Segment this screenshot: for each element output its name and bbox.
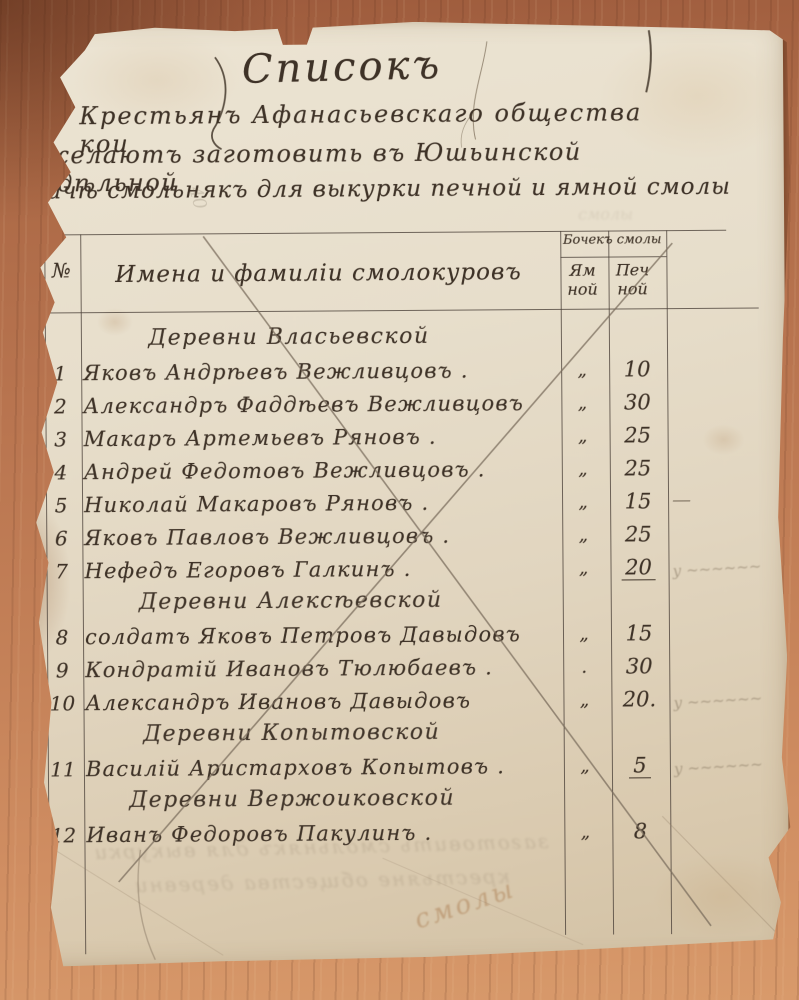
yam-barrels-value: „ (560, 822, 610, 843)
table-body: Деревни Власьевской1Яковъ Андрѣевъ Вежли… (17, 15, 783, 20)
row-name: солдатъ Яковъ Петровъ Давыдовъ (85, 622, 557, 649)
pech-barrels-number: 25 (624, 456, 651, 480)
yam-barrels-value: „ (557, 393, 607, 414)
subtitle-line-3: дачѣ смольнякъ для выкурки печной и ямно… (32, 173, 777, 204)
yam-barrels-value: „ (558, 558, 608, 579)
table-row: 8солдатъ Яковъ Петровъ Давыдовъ„15 (21, 618, 787, 656)
row-number: 1 (41, 361, 79, 385)
table-row: 4Андрей Федотовъ Вежливцовъ .„25 (20, 453, 786, 491)
row-name: Николай Макаровъ Ряновъ . (84, 490, 556, 517)
pen-stroke-mark (646, 30, 651, 92)
margin-pencil-note: у ~~~~~~ (673, 753, 792, 778)
pech-barrels-number: 10 (624, 357, 651, 381)
margin-pencil-note: у ~~~~~~ (672, 555, 791, 580)
pech-barrels-value: 15 (610, 489, 666, 513)
row-name: Макаръ Артемьевъ Ряновъ . (84, 424, 556, 451)
pech-barrels-number: 15 (625, 489, 652, 513)
village-heading: Деревни Вержоиковской (62, 785, 522, 813)
table-row: 1Яковъ Андрѣевъ Вежливцовъ .„10 (19, 354, 785, 392)
table-row: 5Николай Макаровъ Ряновъ .„15— (20, 486, 786, 524)
pech-barrels-number: 20 (621, 555, 656, 580)
yam-barrels-value: „ (559, 690, 609, 711)
pech-barrels-value: 8 (612, 819, 668, 843)
table-row: 2Александръ Фаддѣевъ Вежливцовъ„30 (19, 387, 785, 425)
yam-barrels-value: „ (558, 459, 608, 480)
pech-barrels-number: 25 (624, 423, 651, 447)
table-header-bottom-rule (21, 308, 759, 315)
row-number: 7 (42, 559, 80, 583)
pech-barrels-number: 5 (629, 753, 651, 778)
fold-crease (52, 847, 223, 956)
village-heading: Деревни Копытовской (62, 719, 522, 747)
table-row: 3Макаръ Артемьевъ Ряновъ .„25 (20, 420, 786, 458)
yam-barrels-value: „ (557, 360, 607, 381)
yam-column-header: Ям ной (558, 261, 606, 299)
pech-barrels-value: 20 (610, 555, 666, 579)
row-name: Василій Аристарховъ Копытовъ . (86, 754, 558, 781)
pech-barrels-number: 20. (623, 687, 657, 711)
barrels-span-header: Бочекъ смолы (558, 232, 666, 248)
pech-column-header: Печ ной (608, 260, 656, 298)
row-name: Нефедъ Егоровъ Галкинъ . (84, 556, 556, 583)
pech-barrels-value: 15 (611, 621, 667, 645)
pech-barrels-value: 25 (610, 423, 666, 447)
row-name: Александръ Ивановъ Давыдовъ (85, 688, 557, 715)
row-number: 11 (44, 757, 82, 781)
village-heading: Деревни Власьевской (59, 323, 519, 351)
pech-barrels-value: 10 (609, 357, 665, 381)
row-number: 9 (43, 658, 81, 682)
margin-dash: — (672, 489, 712, 511)
row-number: 5 (42, 493, 80, 517)
row-name: Кондратій Ивановъ Тюлюбаевъ . (85, 655, 557, 682)
pech-barrels-number: 30 (624, 390, 651, 414)
pech-barrels-value: 25 (610, 522, 666, 546)
table-row: 10Александръ Ивановъ Давыдовъ„20.у ~~~~~… (21, 684, 787, 722)
row-number: 2 (41, 394, 79, 418)
photo-of-document: Списокъ Крестьянъ Афанасьевскаго обществ… (0, 0, 799, 1000)
number-column-header: № (42, 258, 80, 282)
pech-barrels-number: 30 (626, 654, 653, 678)
yam-barrels-value: „ (558, 525, 608, 546)
row-name: Яковъ Андрѣевъ Вежливцовъ . (83, 358, 555, 385)
pech-barrels-value: 5 (612, 753, 668, 777)
bleedthrough-fragment: смолы (578, 204, 633, 223)
row-number: 3 (42, 427, 80, 451)
table-row: 7Нефедъ Егоровъ Галкинъ .„20у ~~~~~~ (20, 552, 786, 590)
document-title: Списокъ (202, 41, 483, 94)
row-number: 10 (43, 691, 81, 715)
row-name: Яковъ Павловъ Вежливцовъ . (84, 523, 556, 550)
row-number: 4 (42, 460, 80, 484)
yam-barrels-value: „ (559, 624, 609, 645)
table-row: 11Василій Аристарховъ Копытовъ .„5у ~~~~… (22, 750, 788, 788)
village-heading: Деревни Алексѣевской (61, 587, 521, 615)
pech-barrels-value: 20. (611, 687, 667, 711)
margin-pencil-note: у ~~~~~~ (673, 687, 792, 712)
paper-document: Списокъ Крестьянъ Афанасьевскаго обществ… (17, 15, 790, 968)
row-number: 12 (44, 823, 82, 847)
table-row: 6Яковъ Павловъ Вежливцовъ .„25 (20, 519, 786, 557)
row-number: 8 (43, 625, 81, 649)
pech-barrels-value: 25 (610, 456, 666, 480)
yam-barrels-value: „ (558, 426, 608, 447)
table-row: 9Кондратій Ивановъ Тюлюбаевъ ..30 (21, 651, 787, 689)
yam-barrels-value: . (559, 657, 609, 678)
row-name: Андрей Федотовъ Вежливцовъ . (84, 457, 556, 484)
yam-barrels-value: „ (558, 492, 608, 513)
name-column-header: Имена и фамиліи смолокуровъ (88, 259, 548, 288)
row-name: Александръ Фаддѣевъ Вежливцовъ (83, 391, 555, 418)
pech-barrels-number: 15 (626, 621, 653, 645)
pech-barrels-value: 30 (609, 390, 665, 414)
pech-barrels-value: 30 (611, 654, 667, 678)
pencil-curve-stroke (138, 850, 155, 960)
span-header-underline (560, 256, 666, 258)
pech-barrels-number: 25 (625, 522, 652, 546)
row-number: 6 (42, 526, 80, 550)
pech-barrels-number: 8 (634, 819, 648, 843)
yam-barrels-value: „ (560, 756, 610, 777)
